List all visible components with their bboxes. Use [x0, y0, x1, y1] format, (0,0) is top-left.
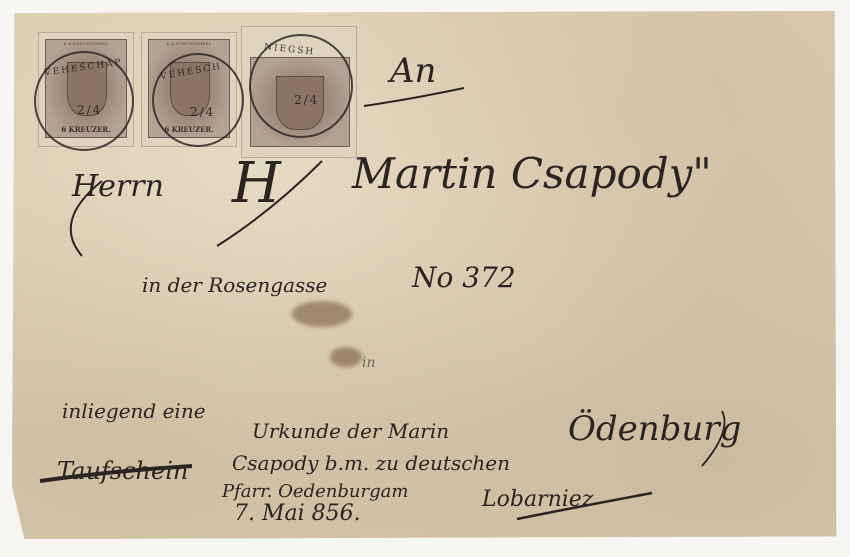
ink-strokes: [12, 11, 838, 539]
envelope: K.K.POST-STEMPEL 6 KREUZER. K.K.POST-STE…: [12, 11, 838, 539]
